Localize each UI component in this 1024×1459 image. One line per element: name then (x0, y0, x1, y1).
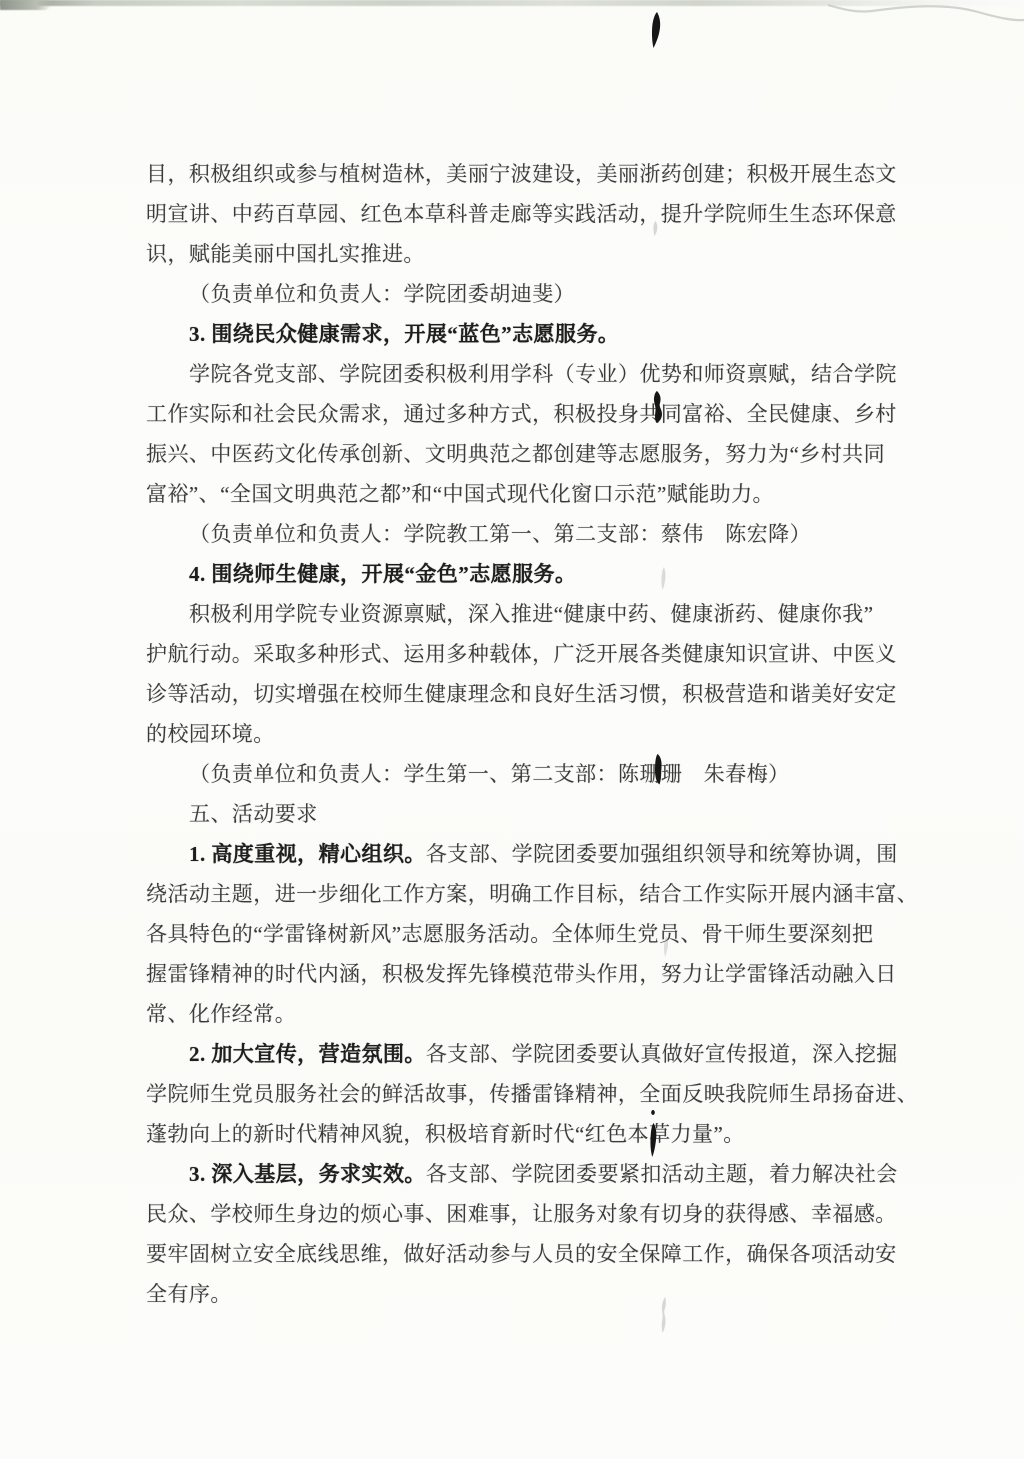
body-text: 握雷锋精神的时代内涵，积极发挥先锋模范带头作用，努力让学雷锋活动融入日 (146, 962, 897, 986)
body-text: 工作实际和社会民众需求，通过多种方式，积极投身共同富裕、全民健康、乡村 (146, 402, 897, 426)
text-line: 诊等活动，切实增强在校师生健康理念和良好生活习惯，积极营造和谐美好安定 (146, 674, 908, 714)
body-text: 明宣讲、中药百草园、红色本草科普走廊等实践活动，提升学院师生生态环保意 (146, 202, 897, 226)
scan-corner-smudge-artifact (0, 0, 52, 10)
text-line: 的校园环境。 (146, 714, 908, 754)
text-line: 工作实际和社会民众需求，通过多种方式，积极投身共同富裕、全民健康、乡村 (146, 394, 908, 434)
text-line: 要牢固树立安全底线思维，做好活动参与人员的安全保障工作，确保各项活动安 (146, 1234, 908, 1274)
document-body-text: 目，积极组织或参与植树造林，美丽宁波建设，美丽浙药创建；积极开展生态文明宣讲、中… (146, 154, 908, 1314)
ink-mark-top-icon (650, 11, 663, 49)
body-text: 绕活动主题，进一步细化工作方案，明确工作目标，结合工作实际开展内涵丰富、 (146, 882, 918, 906)
heading-text: 1. 高度重视，精心组织。 (189, 842, 426, 866)
body-text: 学院师生党员服务社会的鲜活故事，传播雷锋精神，全面反映我院师生昂扬奋进、 (146, 1082, 918, 1106)
text-line: 常、化作经常。 (146, 994, 908, 1034)
text-line: 各具特色的“学雷锋树新风”志愿服务活动。全体师生党员、骨干师生要深刻把 (146, 914, 908, 954)
text-line: 3. 深入基层，务求实效。各支部、学院团委要紧扣活动主题，着力解决社会 (146, 1154, 908, 1194)
body-text: 学院各党支部、学院团委积极利用学科（专业）优势和师资禀赋，结合学院 (189, 362, 897, 386)
body-text: 目，积极组织或参与植树造林，美丽宁波建设，美丽浙药创建；积极开展生态文 (146, 162, 897, 186)
body-text: 的校园环境。 (146, 722, 275, 746)
text-line: （负责单位和负责人：学生第一、第二支部：陈珊珊 朱春梅） (146, 754, 908, 794)
body-text: 振兴、中医药文化传承创新、文明典范之都创建等志愿服务，努力为“乡村共同 (146, 442, 885, 466)
text-line: 全有序。 (146, 1274, 908, 1314)
body-text: 护航行动。采取多种形式、运用多种载体，广泛开展各类健康知识宣讲、中医义 (146, 642, 897, 666)
text-line: 五、活动要求 (146, 794, 908, 834)
text-line: 握雷锋精神的时代内涵，积极发挥先锋模范带头作用，努力让学雷锋活动融入日 (146, 954, 908, 994)
text-line: （负责单位和负责人：学院团委胡迪斐） (146, 274, 908, 314)
heading-text: 3. 围绕民众健康需求，开展“蓝色”志愿服务。 (189, 322, 619, 346)
text-line: 2. 加大宣传，营造氛围。各支部、学院团委要认真做好宣传报道，深入挖掘 (146, 1034, 908, 1074)
heading-text: 4. 围绕师生健康，开展“金色”志愿服务。 (189, 562, 576, 586)
body-text: 民众、学校师生身边的烦心事、困难事，让服务对象有切身的获得感、幸福感。 (146, 1202, 897, 1226)
body-text: 蓬勃向上的新时代精神风貌，积极培育新时代“红色本草力量”。 (146, 1122, 745, 1146)
heading-text: 2. 加大宣传，营造氛围。 (189, 1042, 426, 1066)
body-text: （负责单位和负责人：学院教工第一、第二支部：蔡伟 陈宏降） (189, 522, 811, 546)
body-text: 各支部、学院团委要认真做好宣传报道，深入挖掘 (426, 1042, 898, 1066)
text-line: 4. 围绕师生健康，开展“金色”志愿服务。 (146, 554, 908, 594)
body-text: 各支部、学院团委要紧扣活动主题，着力解决社会 (426, 1162, 898, 1186)
text-line: 目，积极组织或参与植树造林，美丽宁波建设，美丽浙药创建；积极开展生态文 (146, 154, 908, 194)
text-line: 民众、学校师生身边的烦心事、困难事，让服务对象有切身的获得感、幸福感。 (146, 1194, 908, 1234)
scanned-document-page: 目，积极组织或参与植树造林，美丽宁波建设，美丽浙药创建；积极开展生态文明宣讲、中… (0, 0, 1024, 1459)
text-line: 学院各党支部、学院团委积极利用学科（专业）优势和师资禀赋，结合学院 (146, 354, 908, 394)
body-text: 富裕”、“全国文明典范之都”和“中国式现代化窗口示范”赋能助力。 (146, 482, 774, 506)
body-text: 各具特色的“学雷锋树新风”志愿服务活动。全体师生党员、骨干师生要深刻把 (146, 922, 873, 946)
body-text: 常、化作经常。 (146, 1002, 296, 1026)
page-curl-artifact (828, 0, 1024, 32)
text-line: 学院师生党员服务社会的鲜活故事，传播雷锋精神，全面反映我院师生昂扬奋进、 (146, 1074, 908, 1114)
body-text: （负责单位和负责人：学生第一、第二支部：陈珊珊 朱春梅） (189, 762, 790, 786)
text-line: 富裕”、“全国文明典范之都”和“中国式现代化窗口示范”赋能助力。 (146, 474, 908, 514)
text-line: 3. 围绕民众健康需求，开展“蓝色”志愿服务。 (146, 314, 908, 354)
body-text: 要牢固树立安全底线思维，做好活动参与人员的安全保障工作，确保各项活动安 (146, 1242, 897, 1266)
body-text: 识，赋能美丽中国扎实推进。 (146, 242, 425, 266)
page-curl-line (828, 5, 1024, 20)
body-text: （负责单位和负责人：学院团委胡迪斐） (189, 282, 575, 306)
body-text: 五、活动要求 (189, 802, 318, 826)
text-line: （负责单位和负责人：学院教工第一、第二支部：蔡伟 陈宏降） (146, 514, 908, 554)
body-text: 积极利用学院专业资源禀赋，深入推进“健康中药、健康浙药、健康你我” (189, 602, 874, 626)
text-line: 护航行动。采取多种形式、运用多种载体，广泛开展各类健康知识宣讲、中医义 (146, 634, 908, 674)
text-line: 识，赋能美丽中国扎实推进。 (146, 234, 908, 274)
body-text: 全有序。 (146, 1282, 232, 1306)
heading-text: 3. 深入基层，务求实效。 (189, 1162, 426, 1186)
text-line: 绕活动主题，进一步细化工作方案，明确工作目标，结合工作实际开展内涵丰富、 (146, 874, 908, 914)
text-line: 蓬勃向上的新时代精神风貌，积极培育新时代“红色本草力量”。 (146, 1114, 908, 1154)
text-line: 明宣讲、中药百草园、红色本草科普走廊等实践活动，提升学院师生生态环保意 (146, 194, 908, 234)
text-line: 1. 高度重视，精心组织。各支部、学院团委要加强组织领导和统筹协调，围 (146, 834, 908, 874)
body-text: 诊等活动，切实增强在校师生健康理念和良好生活习惯，积极营造和谐美好安定 (146, 682, 897, 706)
text-line: 振兴、中医药文化传承创新、文明典范之都创建等志愿服务，努力为“乡村共同 (146, 434, 908, 474)
text-line: 积极利用学院专业资源禀赋，深入推进“健康中药、健康浙药、健康你我” (146, 594, 908, 634)
body-text: 各支部、学院团委要加强组织领导和统筹协调，围 (426, 842, 898, 866)
